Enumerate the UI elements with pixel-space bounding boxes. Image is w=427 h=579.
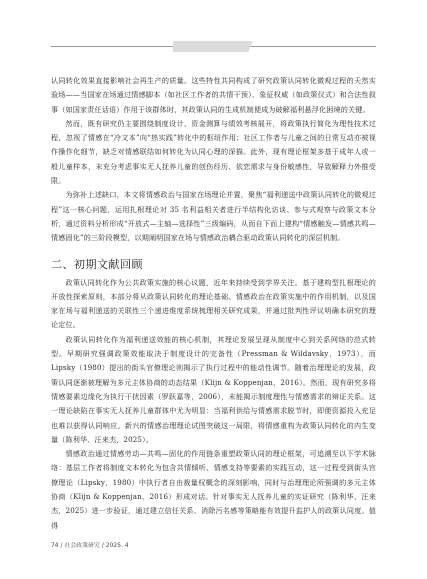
header-tab-decoration [173,41,253,52]
paragraph: 为弥补上述缺口，本文将情感政治与国家在场理论并置，聚焦“福利递送中政策认同转化的… [51,188,376,245]
paragraph: 政策认同转化作为公共政策实施的核心议题，近年来持续受到学界关注。基于建构型扎根理… [51,276,376,333]
page-footer: 74 / 社会政策研究 / 2025. 4 [51,540,129,549]
paragraph: 政策认同转化作为福利递送效能的核心机制，其理论发展呈现从制度中心到关系网络的范式… [51,333,376,447]
paragraph: 情感政治通过情感劳动—共鸣—固化的作用链条重塑政策认同的理论框架，可追溯至以下学… [51,447,376,533]
paragraph: 认同转化效果直接影响社会再生产的质量。这些特性共同构成了研究政策认同转化微观过程… [51,74,376,117]
section-heading: 二、初期文献回顾 [51,257,376,273]
paragraph: 然而，既有研究仍主要围绕制度设计、资金测算与绩效考核展开，将政策执行简化为理性技… [51,117,376,188]
article-body: 认同转化效果直接影响社会再生产的质量。这些特性共同构成了研究政策认同转化微观过程… [51,74,376,533]
